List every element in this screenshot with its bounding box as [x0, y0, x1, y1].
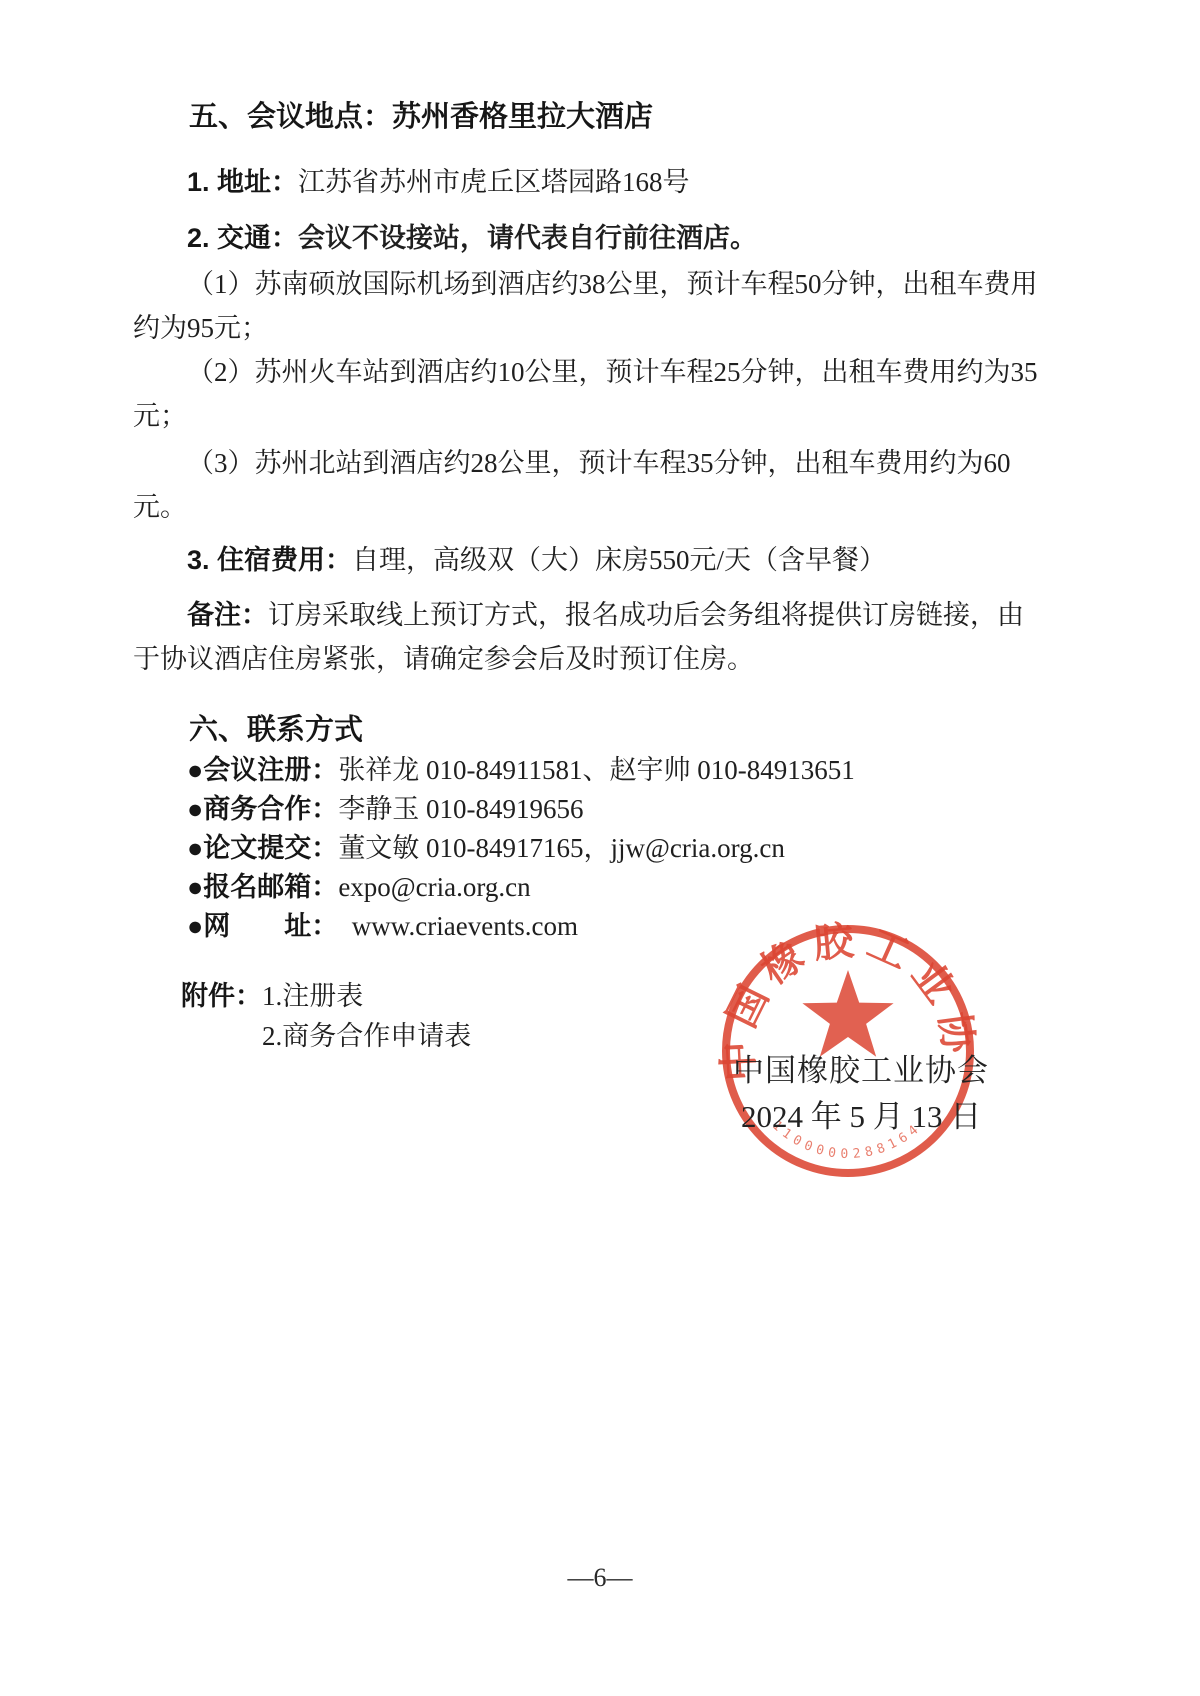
contact-registration: ●会议注册：张祥龙 010-84911581、赵宇帅 010-84913651	[187, 751, 1045, 790]
lodging-label: 3. 住宿费用：	[187, 545, 352, 575]
attachments-label: 附件：	[181, 976, 262, 1056]
seal-date: 2024 年 5 月 13 日	[741, 1091, 981, 1136]
page-number: —6—	[0, 1563, 1200, 1593]
lodging-line: 3. 住宿费用：自理，高级双（大）床房550元/天（含早餐）	[133, 538, 1045, 582]
address-line: 1. 地址：江苏省苏州市虎丘区塔园路168号	[133, 160, 1045, 204]
contact-registration-value: 张祥龙 010-84911581、赵宇帅 010-84913651	[338, 755, 854, 785]
traffic-value: 会议不设接站，请代表自行前往酒店。	[298, 223, 757, 253]
address-value: 江苏省苏州市虎丘区塔园路168号	[298, 167, 690, 197]
signature-block: 中国橡胶工业协会 1100000288164 中国橡胶工业协会 2024 年 5…	[638, 845, 1048, 1225]
contact-papers-label: ●论文提交：	[187, 833, 338, 863]
contact-business-label: ●商务合作：	[187, 794, 338, 824]
attachment-item-1: 1.注册表	[262, 976, 471, 1016]
document-page: 五、会议地点：苏州香格里拉大酒店 1. 地址：江苏省苏州市虎丘区塔园路168号 …	[0, 0, 1200, 1696]
contact-website-label: ●网 址：	[187, 911, 325, 941]
contact-website-value: www.criaevents.com	[325, 911, 578, 941]
transport-item-3: （3）苏州北站到酒店约28公里，预计车程35分钟，出租车费用约为60元。	[133, 441, 1045, 529]
transport-item-1: （1）苏南硕放国际机场到酒店约38公里，预计车程50分钟，出租车费用约为95元；	[133, 262, 1045, 350]
lodging-value: 自理，高级双（大）床房550元/天（含早餐）	[352, 545, 886, 575]
attachment-item-2: 2.商务合作申请表	[262, 1016, 471, 1056]
note-paragraph: 备注：订房采取线上预订方式，报名成功后会务组将提供订房链接，由于协议酒店住房紧张…	[133, 593, 1045, 681]
attachments-items: 1.注册表 2.商务合作申请表	[262, 976, 471, 1056]
contact-email-value: expo@cria.org.cn	[338, 872, 530, 902]
address-label: 1. 地址：	[187, 167, 298, 197]
section-5-heading: 五、会议地点：苏州香格里拉大酒店	[133, 97, 1045, 137]
traffic-label: 2. 交通：	[187, 223, 298, 253]
traffic-line: 2. 交通：会议不设接站，请代表自行前往酒店。	[133, 216, 1045, 260]
contact-registration-label: ●会议注册：	[187, 755, 338, 785]
contact-business-value: 李静玉 010-84919656	[338, 794, 583, 824]
note-label: 备注：	[187, 600, 268, 630]
contact-business: ●商务合作：李静玉 010-84919656	[187, 790, 1045, 829]
star-icon	[802, 970, 893, 1057]
section-6-heading: 六、联系方式	[133, 710, 1045, 750]
transport-item-2: （2）苏州火车站到酒店约10公里，预计车程25分钟，出租车费用约为35元；	[133, 350, 1045, 438]
contact-email-label: ●报名邮箱：	[187, 872, 338, 902]
seal-organization-name: 中国橡胶工业协会	[733, 1045, 989, 1090]
